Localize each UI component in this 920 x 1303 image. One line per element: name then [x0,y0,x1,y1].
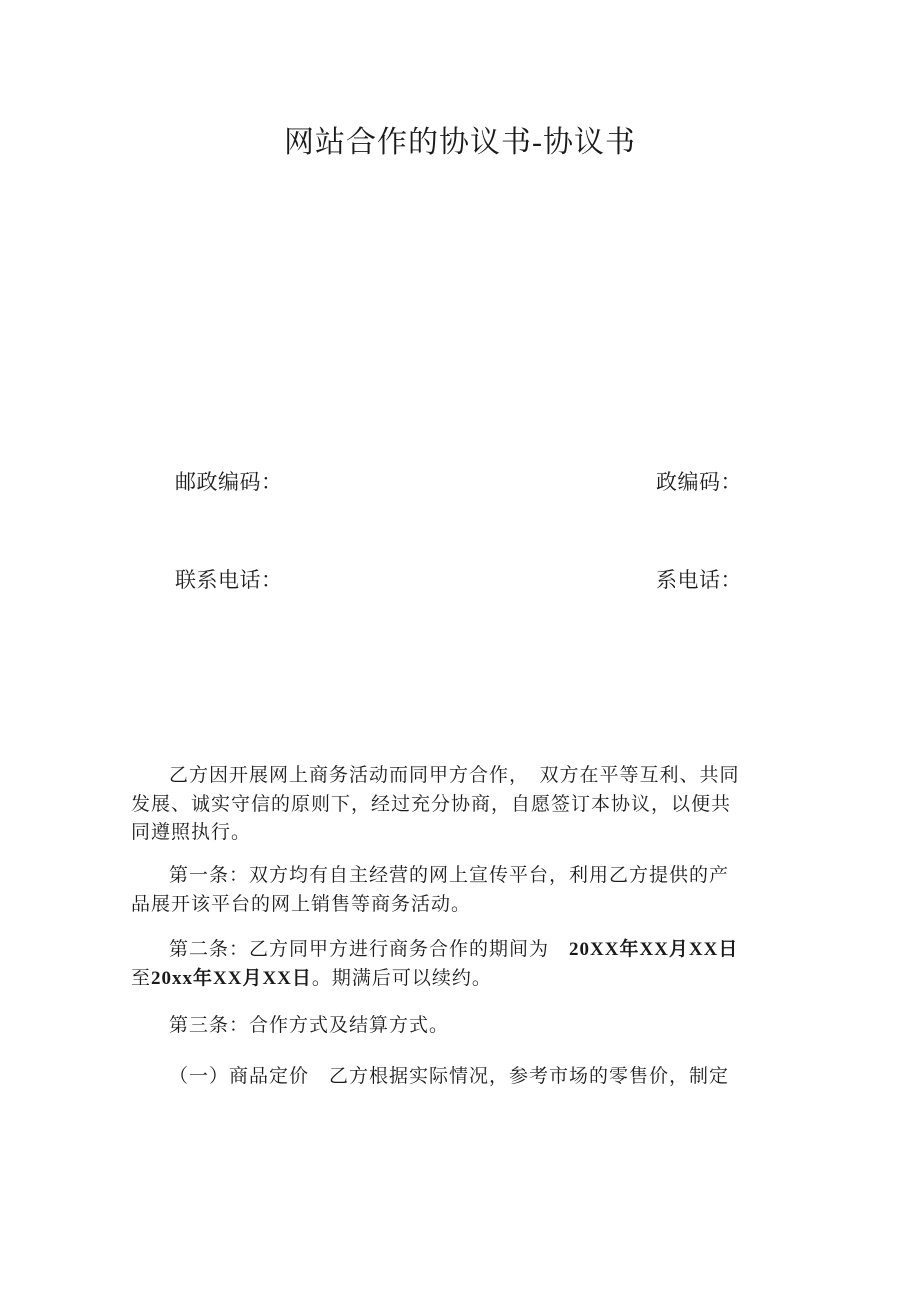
text-line: 同遵照执行。 [131,819,776,848]
postal-code-label-left: 邮政编码： [175,470,283,494]
text-segment: 。期满后可以续约。 [312,968,492,989]
text-segment: 品展开该平台的网上销售等商务活动。 [131,894,471,915]
text-line: 乙方因开展网上商务活动而同甲方合作， 双方在平等互利、共同 [131,762,776,791]
text-segment: 第一条：双方均有自主经营的网上宣传平台，利用乙方提供的产 [169,865,729,886]
text-line: 至20xx年XX月XX日。期满后可以续约。 [131,965,776,994]
date-placeholder: 20xx年XX月XX日 [151,968,312,989]
text-segment: 第三条：合作方式及结算方式。 [169,1015,449,1036]
text-line: 第一条：双方均有自主经营的网上宣传平台，利用乙方提供的产 [131,862,776,891]
text-line: 第三条：合作方式及结算方式。 [131,1012,776,1041]
date-placeholder: 20XX年XX月XX日 [569,939,738,960]
text-line: 品展开该平台的网上销售等商务活动。 [131,891,776,920]
text-segment: 至 [131,968,151,989]
text-line: （一）商品定价 乙方根据实际情况，参考市场的零售价，制定 [131,1063,776,1092]
contact-phone-label-right: 系电话： [656,568,742,592]
paragraph-article-3: 第三条：合作方式及结算方式。 [131,1012,776,1041]
text-segment: 第二条：乙方同甲方进行商务合作的期间为 [169,939,569,960]
text-segment: 乙方因开展网上商务活动而同甲方合作， 双方在平等互利、共同 [169,765,740,786]
document-title: 网站合作的协议书-协议书 [0,124,920,162]
text-segment: 同遵照执行。 [131,822,251,843]
paragraph-item-1: （一）商品定价 乙方根据实际情况，参考市场的零售价，制定 [131,1063,776,1092]
text-line: 第二条：乙方同甲方进行商务合作的期间为 20XX年XX月XX日 [131,936,776,965]
document-page: 网站合作的协议书-协议书 邮政编码： 政编码： 联系电话： 系电话： 乙方因开展… [0,0,920,1303]
contact-phone-label-left: 联系电话： [175,568,283,592]
paragraph-article-2: 第二条：乙方同甲方进行商务合作的期间为 20XX年XX月XX日 至20xx年XX… [131,936,776,993]
paragraph-article-1: 第一条：双方均有自主经营的网上宣传平台，利用乙方提供的产 品展开该平台的网上销售… [131,862,776,919]
text-line: 发展、诚实守信的原则下，经过充分协商，自愿签订本协议，以便共 [131,791,776,820]
postal-code-label-right: 政编码： [656,470,742,494]
paragraph-preamble: 乙方因开展网上商务活动而同甲方合作， 双方在平等互利、共同 发展、诚实守信的原则… [131,762,776,848]
text-segment: 发展、诚实守信的原则下，经过充分协商，自愿签订本协议，以便共 [131,794,731,815]
text-segment: （一）商品定价 乙方根据实际情况，参考市场的零售价，制定 [169,1066,729,1087]
